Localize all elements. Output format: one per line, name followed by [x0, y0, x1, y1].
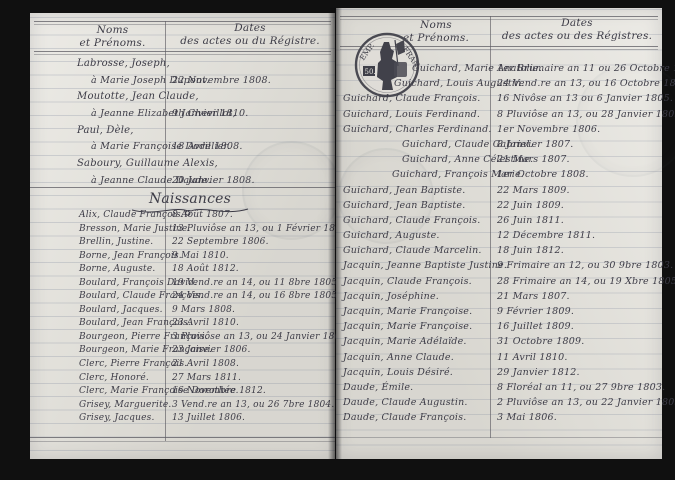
person-name: Brellin, Justine. [79, 237, 153, 247]
record-date: 12 Décembre 1811. [497, 230, 595, 241]
register-row: Borne, Auguste. 18 Août 1812. [30, 263, 335, 277]
record-date: 21 Mars 1807. [497, 291, 570, 302]
person-name: Jacquin, Jeanne Baptiste Justine. [343, 260, 507, 271]
person-name: Borne, Jean François. [79, 251, 182, 261]
person-name: Jacquin, Marie Françoise. [343, 306, 472, 317]
register-row: Jacquin, Marie Françoise. 9 Février 1809… [336, 305, 662, 320]
person-name: Clerc, Honoré. [79, 373, 149, 383]
register-row: Labrosse, Joseph, à Marie Joseph Dupont.… [30, 58, 335, 91]
record-date: 23 Janvier 1806. [172, 345, 251, 355]
record-date: 16 Juillet 1809. [497, 321, 574, 332]
record-date: 22 Juin 1809. [497, 200, 564, 211]
register-row: Jacquin, Joséphine. 21 Mars 1807. [336, 290, 662, 305]
record-date: 9 Frimaire an 12, ou 30 9bre 1803. [497, 260, 673, 271]
column-header-names: Noms et Prénoms. [60, 24, 165, 50]
register-row: Jacquin, Claude François. 28 Frimaire an… [336, 275, 662, 290]
record-date: 19 Vend.re an 14, ou 11 8bre 1805. [172, 278, 340, 288]
register-left-page: Noms et Prénoms. Dates des actes ou du R… [30, 13, 335, 459]
person-name: Daude, Claude Augustin. [343, 397, 468, 408]
record-date: 29 Janvier 1812. [497, 367, 580, 378]
record-date: 9 Mars 1808. [172, 305, 235, 315]
record-date: 26 Juin 1811. [497, 215, 564, 226]
person-name: Jacquin, Claude François. [343, 276, 472, 287]
register-right-page: Noms et Prénoms. Dates des actes ou des … [336, 8, 662, 459]
record-date: 21 Avril 1808. [172, 359, 239, 369]
person-name: Guichard, Louis Ferdinand. [343, 109, 480, 120]
person-name: Jacquin, Joséphine. [343, 291, 439, 302]
register-row: Moutotte, Jean Claude, à Jeanne Elizabet… [30, 91, 335, 124]
person-name: Guichard, Charles Ferdinand. [343, 124, 492, 135]
record-date: 18 Juin 1812. [497, 245, 564, 256]
register-row: Jacquin, Jeanne Baptiste Justine. 9 Frim… [336, 259, 662, 274]
record-date: 31 Octobre 1809. [497, 336, 584, 347]
register-row: Boulard, Jean François. 23 Avril 1810. [30, 317, 335, 331]
embossed-stamp [242, 141, 341, 240]
rule [30, 441, 335, 442]
register-row: Boulard, François David. 19 Vend.re an 1… [30, 277, 335, 291]
person-name: Grisey, Jacques. [79, 413, 155, 423]
rule [34, 54, 331, 55]
record-date: 22 Mars 1809. [497, 185, 570, 196]
register-row: Daude, Émile. 8 Floréal an 11, ou 27 9br… [336, 381, 662, 396]
record-date: 11 Avril 1810. [497, 352, 568, 363]
register-row: Clerc, Honoré. 27 Mars 1811. [30, 372, 335, 386]
person-name: Jacquin, Anne Claude. [343, 352, 454, 363]
record-date: 1er Octobre 1808. [497, 169, 589, 180]
header-line: Noms [60, 24, 165, 37]
record-date: 3 Vend.re an 13, ou 26 7bre 1804. [172, 400, 334, 410]
register-row: Daude, Claude Augustin. 2 Pluviôse an 13… [336, 396, 662, 411]
record-date: 8 Janvier 1807. [497, 139, 573, 150]
record-date: 18 Août 1812. [172, 264, 239, 274]
record-date: 8 Août 1807. [172, 210, 233, 220]
register-row: Bourgeon, Marie Françoise. 23 Janvier 18… [30, 344, 335, 358]
register-row: Bourgeon, Pierre François. 3 Pluviôse an… [30, 331, 335, 345]
register-row: Clerc, Marie Françoise Dorothée. 16 Nove… [30, 385, 335, 399]
person-name: Jacquin, Marie Adélaïde. [343, 336, 467, 347]
person-name: Daude, Claude François. [343, 412, 466, 423]
register-row: Daude, Claude François. 3 Mai 1806. [336, 411, 662, 426]
record-date: 2 Pluviôse an 13, ou 22 Janvier 1805. [497, 397, 675, 408]
register-row: Boulard, Jacques. 9 Mars 1808. [30, 304, 335, 318]
person-name: Labrosse, Joseph, [77, 58, 170, 69]
page-gutter [328, 8, 342, 460]
person-name: Borne, Auguste. [79, 264, 155, 274]
column-header-dates: Dates des actes ou des Régistres. [496, 17, 658, 43]
rule [336, 437, 662, 438]
header-line: Dates [496, 17, 658, 30]
register-row: Grisey, Jacques. 13 Juillet 1806. [30, 412, 335, 426]
register-row: Guichard, Claude Marcelin. 18 Juin 1812. [336, 244, 662, 259]
register-row: Grisey, Marguerite. 3 Vend.re an 13, ou … [30, 399, 335, 413]
record-date: 22 Septembre 1806. [172, 237, 269, 247]
person-name: Moutotte, Jean Claude, [77, 91, 199, 102]
record-date: 3 Mai 1806. [497, 412, 557, 423]
header-line: et Prénoms. [60, 37, 165, 50]
record-date: 27 Mars 1811. [172, 373, 241, 383]
record-date: 28 Frimaire an 14, ou 19 Xbre 1805. [497, 276, 675, 287]
person-name: Jacquin, Louis Désiré. [343, 367, 453, 378]
header-line: des actes ou des Régistres. [496, 30, 658, 43]
rule [30, 437, 335, 438]
birth-entries: Alix, Claude François. 8 Août 1807. Bres… [30, 209, 335, 426]
record-date: 9 Février 1809. [497, 306, 574, 317]
person-name: Paul, Dèle, [77, 125, 134, 136]
person-name: Alix, Claude François. [79, 210, 184, 220]
record-date: 16 Novembre 1812. [172, 386, 266, 396]
section-title-label: Naissances [149, 191, 231, 207]
record-date: 22 Novembre 1808. [172, 75, 271, 86]
person-name: Saboury, Guillaume Alexis, [77, 158, 218, 169]
register-row: Jacquin, Anne Claude. 11 Avril 1810. [336, 351, 662, 366]
person-name: Jacquin, Marie Françoise. [343, 321, 472, 332]
person-name: Guichard, Claude Marcelin. [343, 245, 482, 256]
record-date: 8 Floréal an 11, ou 27 9bre 1803. [497, 382, 665, 393]
embossed-stamp [338, 148, 434, 244]
header-line: des actes ou du Régistre. [170, 35, 330, 48]
register-row: Jacquin, Louis Désiré. 29 Janvier 1812. [336, 366, 662, 381]
record-date: 18 Avril 1808. [172, 141, 243, 152]
register-row: Jacquin, Marie Françoise. 16 Juillet 180… [336, 320, 662, 335]
register-row: Jacquin, Marie Adélaïde. 31 Octobre 1809… [336, 335, 662, 350]
record-date: 24 Vend.re an 14, ou 16 8bre 1805. [172, 291, 340, 301]
person-name: Boulard, Jacques. [79, 305, 163, 315]
person-name: Grisey, Marguerite. [79, 400, 171, 410]
person-name: Daude, Émile. [343, 382, 413, 393]
record-date: 9 Mai 1810. [172, 251, 229, 261]
register-row: Clerc, Pierre François. 21 Avril 1808. [30, 358, 335, 372]
register-row: Boulard, Claude François. 24 Vend.re an … [30, 290, 335, 304]
header-line: Dates [170, 22, 330, 35]
rule [34, 51, 331, 52]
column-header-dates: Dates des actes ou du Régistre. [170, 22, 330, 48]
person-name: Guichard, Claude François. [343, 93, 480, 104]
record-date: 13 Juillet 1806. [172, 413, 245, 423]
record-date: 23 Avril 1810. [172, 318, 239, 328]
register-row: Borne, Jean François. 9 Mai 1810. [30, 250, 335, 264]
record-date: 21 Mars 1807. [497, 154, 570, 165]
record-date: 3 Pluviôse an 13, ou 24 Janvier 1805. [172, 332, 349, 342]
scanned-register-screenshot: { "colors": { "ink": "#3d3c47", "paper":… [0, 0, 675, 480]
record-date: 9 Janvier 1810. [172, 108, 248, 119]
